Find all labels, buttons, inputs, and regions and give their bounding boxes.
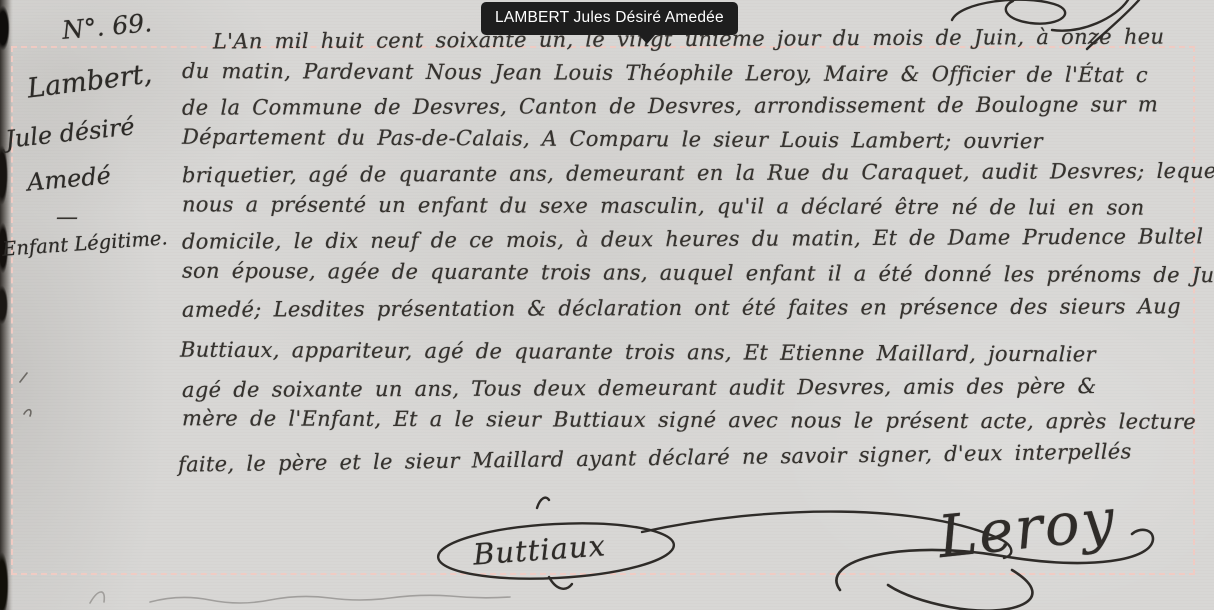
act-text-line: Buttiaux, appariteur, agé de quarante tr… (180, 338, 1096, 367)
margin-separator: — (56, 205, 78, 230)
act-text-line: mère de l'Enfant, Et a le sieur Buttiaux… (182, 406, 1196, 434)
act-text-line: du matin, Pardevant Nous Jean Louis Théo… (182, 59, 1148, 87)
act-text-line: nous a présenté un enfant du sexe mascul… (182, 192, 1145, 219)
act-text-line: Département du Pas-de-Calais, A Comparu … (182, 125, 1043, 154)
act-text-line: agé de soixante un ans, Tous deux demeur… (182, 374, 1097, 402)
document-scan: N°. 69. Lambert, Jule désiré Amedé — Enf… (0, 0, 1214, 610)
act-text-line: briquetier, agé de quarante ans, demeura… (182, 159, 1214, 188)
act-text-line: son épouse, agée de quarante trois ans, … (182, 259, 1214, 288)
tooltip-pointer (639, 35, 655, 44)
record-tooltip: LAMBERT Jules Désiré Amedée (481, 2, 738, 35)
tooltip-label: LAMBERT Jules Désiré Amedée (495, 9, 724, 26)
act-text-line: de la Commune de Desvres, Canton de Desv… (182, 92, 1158, 119)
act-text-line: amedé; Lesdites présentation & déclarati… (182, 294, 1181, 321)
next-act-partial-line (90, 592, 510, 603)
margin-act-number: N°. 69. (61, 8, 153, 45)
